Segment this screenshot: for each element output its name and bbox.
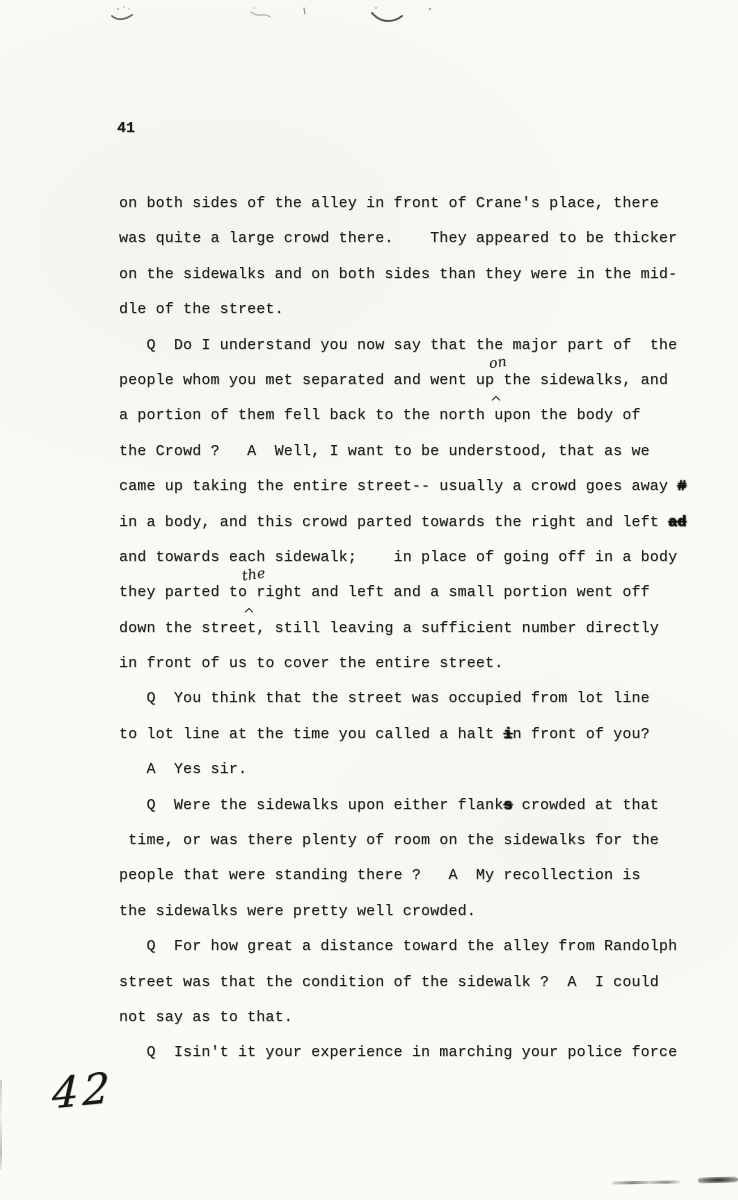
ink-speck [426, 4, 434, 14]
typed-text: people whom you met separated and went u… [119, 372, 503, 389]
transcript-line: on the sidewalks and on both sides than … [119, 257, 719, 292]
typed-text: the sidewalks were pretty well crowded. [119, 903, 476, 920]
typed-text: time, or was there plenty of room on the… [119, 832, 659, 849]
transcript-line: in front of us to cover the entire stree… [119, 646, 719, 681]
ink-smudge-left-edge [0, 1080, 2, 1170]
ink-smudge-bottom-right [698, 1176, 738, 1183]
overstruck-text: ad [668, 514, 686, 531]
transcript-line: Q Do I understand you now say that the m… [119, 328, 719, 363]
typed-text: Q For how great a distance toward the al… [119, 938, 677, 955]
transcript-line: the sidewalks were pretty well crowded. [119, 894, 719, 929]
document-page: 41 on both sides of the alley in front o… [0, 0, 738, 1200]
transcript-line: street was that the condition of the sid… [119, 965, 719, 1000]
transcript-line: the Crowd ? A Well, I want to be underst… [119, 434, 719, 469]
transcript-line: came up taking the entire street-- usual… [119, 469, 719, 504]
handwritten-page-number: 42 [51, 1063, 114, 1119]
typed-text: right and left and a small portion went … [256, 584, 650, 601]
typed-text: on the sidewalks and on both sides than … [119, 266, 677, 283]
typed-text: Q Isin't it your experience in marching … [119, 1044, 677, 1061]
overstruck-text: # [677, 478, 686, 495]
typed-text: was quite a large crowd there. They appe… [119, 230, 677, 247]
typed-text: Q Were the sidewalks upon either flank [119, 797, 503, 814]
typed-text: n front of you? [513, 726, 650, 743]
ink-speck [300, 6, 310, 18]
typed-text: the Crowd ? A Well, I want to be underst… [119, 443, 650, 460]
typed-text: and towards each sidewalk; in place of g… [119, 549, 677, 566]
typed-text: in front of us to cover the entire stree… [119, 655, 503, 672]
typed-text: Q You think that the street was occupied… [119, 690, 650, 707]
ink-smudge-top-right [368, 4, 406, 26]
typed-text: they parted to [119, 584, 256, 601]
typed-text: crowded at that [513, 797, 659, 814]
handwritten-word: on [488, 355, 508, 371]
transcript-line: down the street, still leaving a suffici… [119, 611, 719, 646]
typed-text: to lot line at the time you called a hal… [119, 726, 503, 743]
typed-text: street was that the condition of the sid… [119, 974, 659, 991]
transcript-text: on both sides of the alley in front of C… [119, 186, 719, 1071]
ink-smudge-top-left [108, 4, 142, 26]
typed-page-number: 41 [117, 120, 135, 137]
typed-text: came up taking the entire street-- usual… [119, 478, 677, 495]
typed-text: a portion of them fell back to the north… [119, 407, 641, 424]
transcript-line: to lot line at the time you called a hal… [119, 717, 719, 752]
transcript-line: Q You think that the street was occupied… [119, 681, 719, 716]
typed-text: down the street, still leaving a suffici… [119, 620, 659, 637]
transcript-line: and towards each sidewalk; in place of g… [119, 540, 719, 575]
typed-text: dle of the street. [119, 301, 284, 318]
transcript-line: they parted to theright and left and a s… [119, 575, 719, 610]
ink-smudge-top-center [246, 2, 276, 22]
transcript-line: Q For how great a distance toward the al… [119, 929, 719, 964]
transcript-line: A Yes sir. [119, 752, 719, 787]
overstruck-text: s [503, 797, 512, 814]
transcript-line: time, or was there plenty of room on the… [119, 823, 719, 858]
transcript-line: on both sides of the alley in front of C… [119, 186, 719, 221]
transcript-line: not say as to that. [119, 1000, 719, 1035]
typed-text: on both sides of the alley in front of C… [119, 195, 659, 212]
transcript-line: in a body, and this crowd parted towards… [119, 505, 719, 540]
transcript-line: Q Were the sidewalks upon either flanks … [119, 788, 719, 823]
transcript-line: was quite a large crowd there. They appe… [119, 221, 719, 256]
typed-text: people that were standing there ? A My r… [119, 867, 641, 884]
typed-text: the sidewalks, and [503, 372, 668, 389]
typed-text: Q Do I understand you now say that the m… [119, 337, 677, 354]
typed-text: not say as to that. [119, 1009, 293, 1026]
typed-text: A Yes sir. [119, 761, 247, 778]
handwritten-word: the [241, 567, 266, 584]
transcript-line: a portion of them fell back to the north… [119, 398, 719, 433]
transcript-line: Q Isin't it your experience in marching … [119, 1035, 719, 1070]
transcript-line: people whom you met separated and went u… [119, 363, 719, 398]
transcript-line: dle of the street. [119, 292, 719, 327]
overstruck-text: i [503, 726, 512, 743]
typed-text: in a body, and this crowd parted towards… [119, 514, 668, 531]
transcript-line: people that were standing there ? A My r… [119, 858, 719, 893]
ink-smudge-bottom [612, 1181, 680, 1185]
